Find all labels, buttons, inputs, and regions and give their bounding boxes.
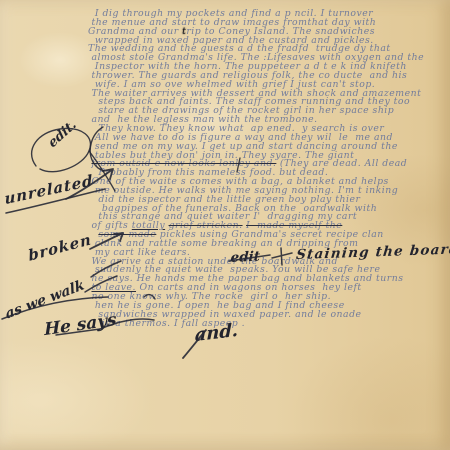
- manuscript-page: I dig through my pockets and find a p nc…: [0, 0, 450, 450]
- typed-text-block: I dig through my pockets and find a p nc…: [88, 10, 450, 328]
- inline-note-edit: edit: [230, 248, 260, 266]
- end-note-and: and.: [195, 320, 239, 347]
- margin-note-he-says: He says: [44, 310, 117, 340]
- margin-note-unrelated: unrelated: [4, 171, 94, 208]
- margin-note-broken: broken: [27, 230, 93, 265]
- typed-line: in a thermos. I fall aspeep .: [88, 320, 450, 329]
- margin-note-edit: edit.: [46, 117, 79, 151]
